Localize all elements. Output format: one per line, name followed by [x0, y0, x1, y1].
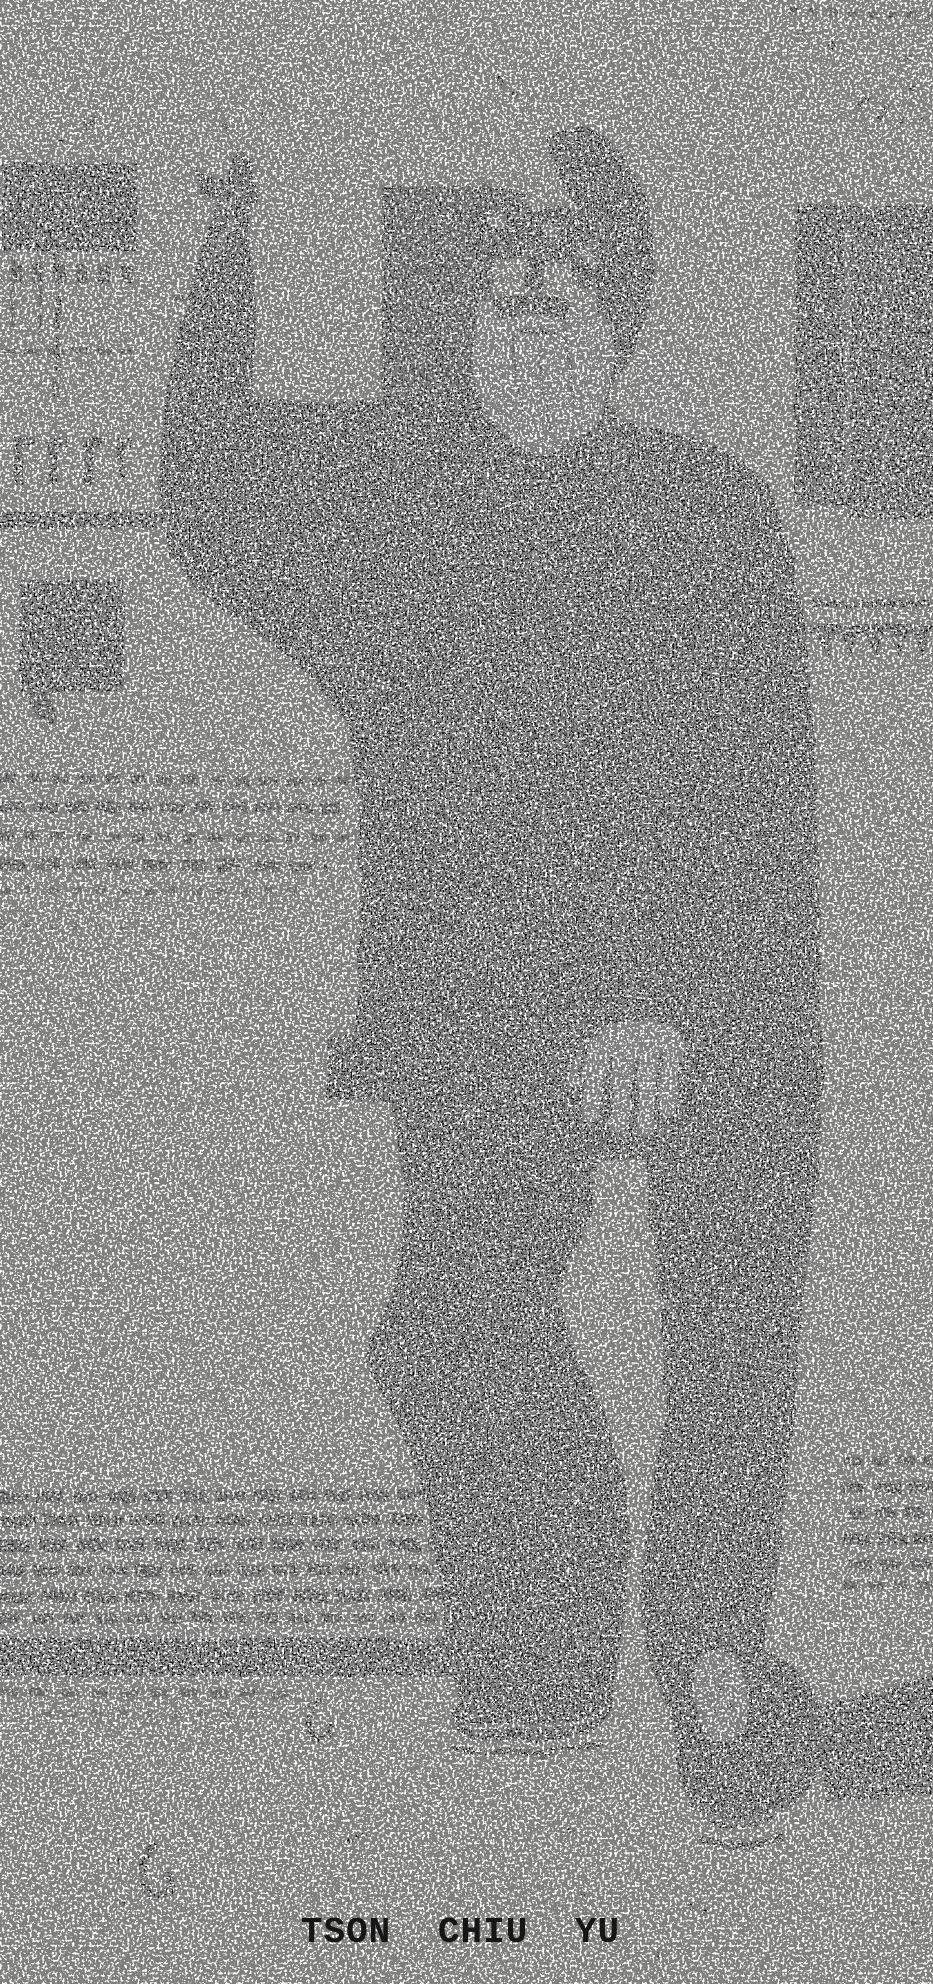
scanned-page: TSON CHIU YU: [0, 0, 933, 1984]
photograph: [0, 0, 933, 1984]
photo-caption: TSON CHIU YU: [0, 1912, 927, 1953]
halftone-grain-overlay: [0, 0, 933, 1984]
